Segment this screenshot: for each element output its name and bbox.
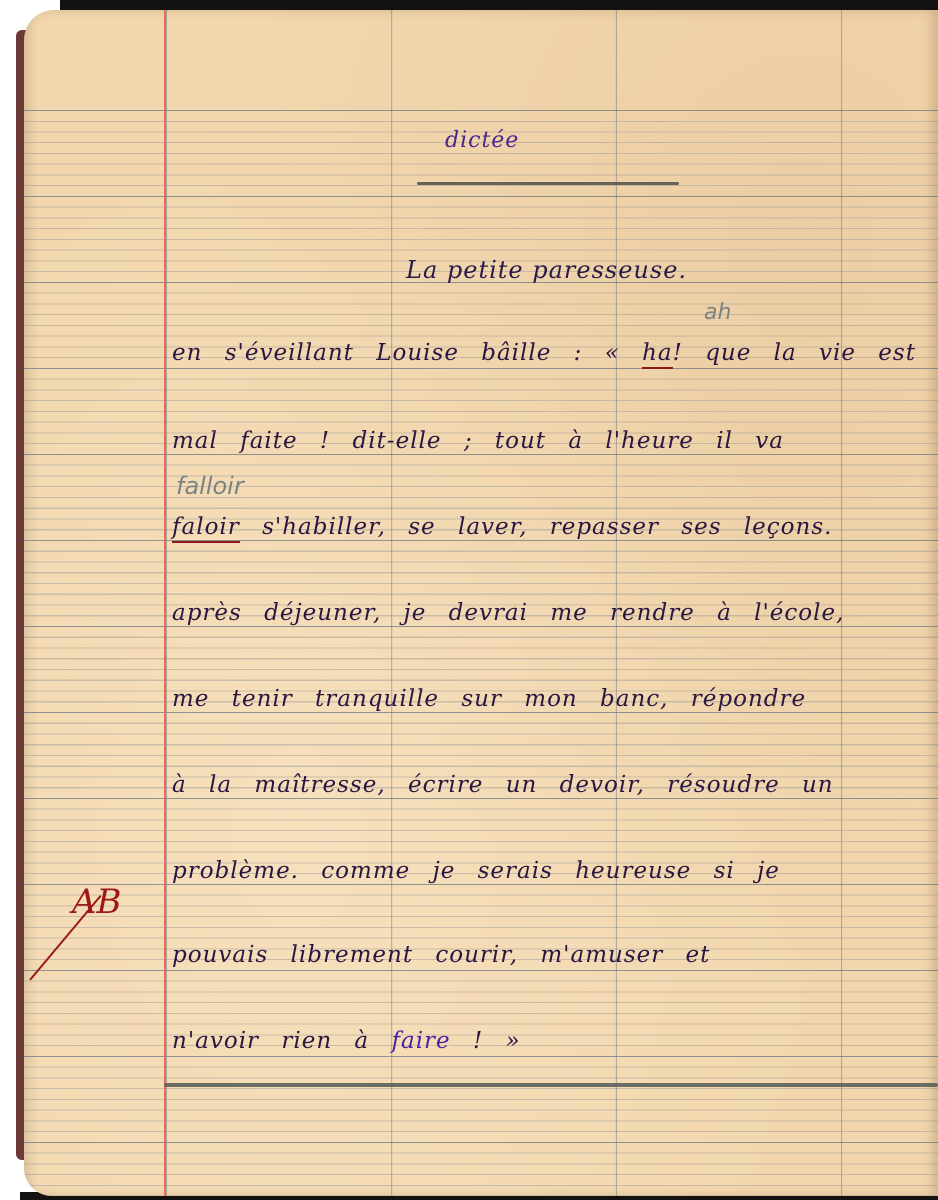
text-line-3: faloir s'habiller, se laver, repasser se… [172, 514, 832, 540]
text-line-2: mal faite ! dit-elle ; tout à l'heure il… [172, 428, 784, 454]
text-line-7: problème. comme je serais heureuse si je [172, 858, 780, 884]
notebook-page: dictée La petite paresseuse. ah falloir … [24, 10, 938, 1196]
correction-falloir: falloir [176, 472, 244, 500]
text-line-9: n'avoir rien à faire ! » [172, 1028, 521, 1054]
word-faire-violet: faire [391, 1028, 450, 1054]
text-line-1: en s'éveillant Louise bâille : « ha! que… [172, 340, 916, 366]
marked-error-faloir: faloir [172, 514, 240, 543]
title-underline-rule [417, 182, 679, 185]
correction-ah: ah [704, 300, 731, 325]
red-margin-line [164, 10, 166, 1196]
text-line-4: après déjeuner, je devrai me rendre à l'… [172, 600, 844, 626]
line-1-text-start: en s'éveillant Louise bâille : « [172, 340, 642, 366]
text-line-5: me tenir tranquille sur mon banc, répond… [172, 686, 806, 712]
line-9-text-start: n'avoir rien à [172, 1028, 391, 1054]
text-line-8: pouvais librement courir, m'amuser et [172, 942, 710, 968]
margin-grade-mark: AB [72, 882, 122, 922]
text-line-6: à la maîtresse, écrire un devoir, résoud… [172, 772, 834, 798]
line-9-text-end: ! » [451, 1028, 521, 1054]
closing-rule-line [164, 1083, 938, 1087]
dictation-title: La petite paresseuse. [406, 256, 687, 284]
marked-error-ha: ha [642, 340, 673, 369]
notebook-scan: dictée La petite paresseuse. ah falloir … [0, 0, 938, 1200]
line-3-text-end: s'habiller, se laver, repasser ses leçon… [240, 514, 833, 540]
page-title: dictée [445, 128, 519, 153]
line-1-text-end: ! que la vie est [673, 340, 916, 366]
